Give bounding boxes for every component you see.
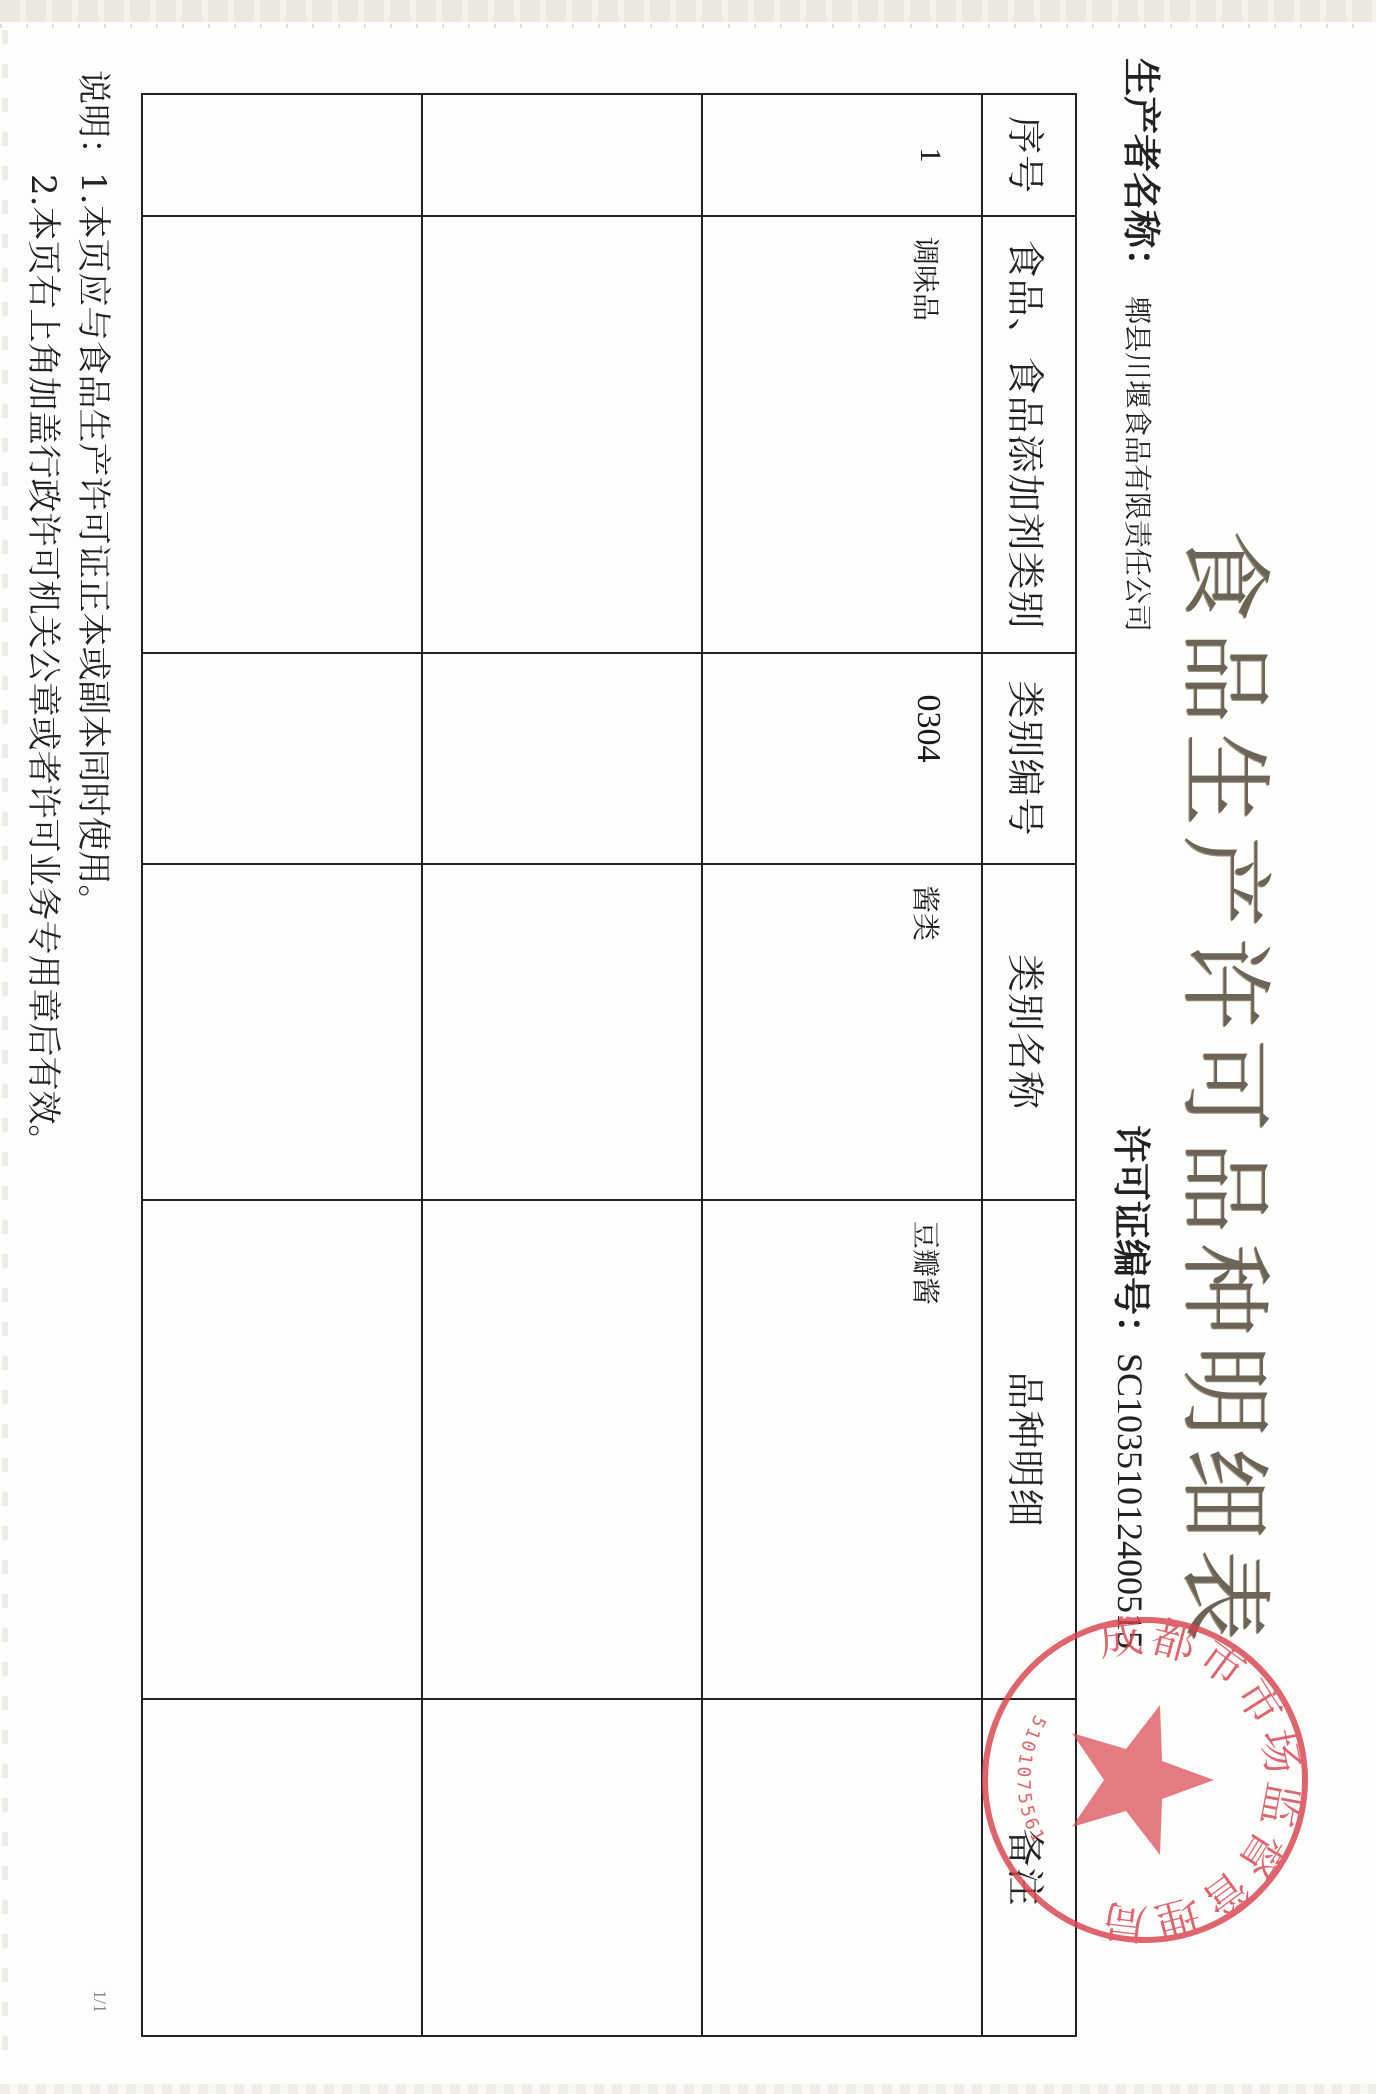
cell-name: 酱类 <box>702 864 982 1200</box>
svg-text:5101075561: 5101075561 <box>1012 1712 1049 1849</box>
note-line-1: 说明：1.本页应与食品生产许可证正本或副本同时使用。 <box>68 70 118 1158</box>
notes: 说明：1.本页应与食品生产许可证正本或副本同时使用。 2.本页右上角加盖行政许可… <box>18 70 118 1158</box>
header-seq: 序号 <box>982 94 1076 216</box>
cell-category <box>422 216 702 653</box>
cell-remark <box>702 1699 982 2036</box>
cell-detail <box>422 1200 702 1699</box>
header-code: 类别编号 <box>982 653 1076 864</box>
table-row: 1 调味品 0304 酱类 豆瓣酱 <box>702 94 982 2036</box>
cell-detail <box>142 1200 422 1699</box>
license-detail-page: 食品生产许可品种明细表 生产者名称：郫县川堰食品有限责任公司 许可证编号：SC1… <box>0 0 1376 2094</box>
producer-name: 生产者名称：郫县川堰食品有限责任公司 <box>1117 58 1172 632</box>
cell-remark <box>422 1699 702 2036</box>
cell-category: 调味品 <box>702 216 982 653</box>
table-row <box>422 94 702 2036</box>
header-category: 食品、食品添加剂类别 <box>982 216 1076 653</box>
variety-detail-table: 序号 食品、食品添加剂类别 类别编号 类别名称 品种明细 备注 1 调味品 03… <box>141 93 1077 2037</box>
cell-code <box>142 653 422 864</box>
note-line-2: 2.本页右上角加盖行政许可机关公章或者许可业务专用章后有效。 <box>18 70 68 1158</box>
cell-detail: 豆瓣酱 <box>702 1200 982 1699</box>
cell-remark <box>142 1699 422 2036</box>
cell-seq <box>142 94 422 216</box>
document-title: 食品生产许可品种明细表 <box>1166 470 1298 1710</box>
license-label: 许可证编号： <box>1109 1125 1154 1353</box>
header-name: 类别名称 <box>982 864 1076 1200</box>
cell-category <box>142 216 422 653</box>
official-seal-icon: 成都市市场监督管理局 5101075561 <box>978 1613 1312 1947</box>
cell-seq: 1 <box>702 94 982 216</box>
cell-code: 0304 <box>702 653 982 864</box>
table-row <box>142 94 422 2036</box>
cell-code <box>422 653 702 864</box>
producer-value: 郫县川堰食品有限责任公司 <box>1121 296 1154 632</box>
cell-name <box>142 864 422 1200</box>
license-number: 许可证编号：SC10351012400515 <box>1107 1125 1162 1649</box>
cell-seq <box>422 94 702 216</box>
license-value: SC10351012400515 <box>1110 1353 1150 1649</box>
cell-name <box>422 864 702 1200</box>
producer-label: 生产者名称： <box>1119 58 1164 286</box>
page-number: 1/1 <box>89 1990 110 2013</box>
